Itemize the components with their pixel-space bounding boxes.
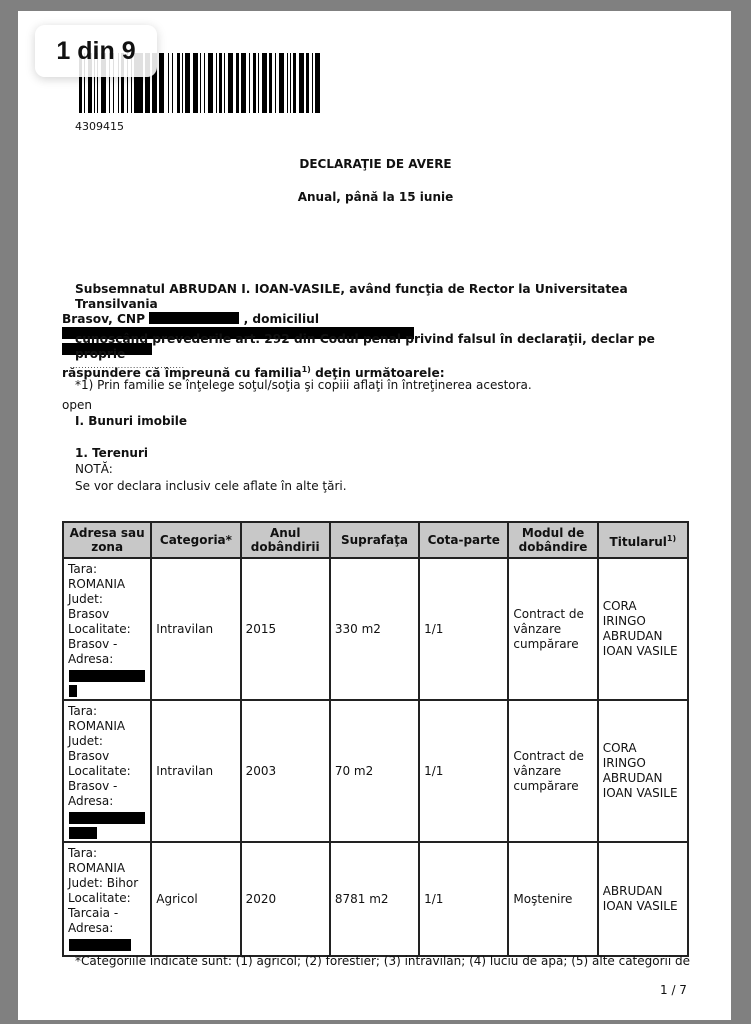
- document-subtitle: Anual, până la 15 iunie: [0, 190, 751, 204]
- redacted-address: [69, 939, 131, 951]
- cell-area: 330 m2: [330, 558, 419, 700]
- subsection-title: 1. Terenuri: [75, 446, 148, 461]
- intro-cnp-label: Brasov, CNP: [62, 312, 145, 326]
- declaration-paragraph: cunoscând prevederile art. 292 din Codul…: [62, 332, 672, 381]
- declaration-line-1: cunoscând prevederile art. 292 din Codul…: [62, 332, 672, 362]
- cell-share: 1/1: [419, 842, 508, 956]
- cell-address: Tara:ROMANIAJudet: BrasovLocalitate:Bras…: [63, 700, 151, 842]
- cell-holder: ABRUDANIOAN VASILE: [598, 842, 688, 956]
- cell-address: Tara:ROMANIAJudet: BrasovLocalitate:Bras…: [63, 558, 151, 700]
- cell-share: 1/1: [419, 558, 508, 700]
- col-header-share: Cota-parte: [419, 522, 508, 558]
- cell-share: 1/1: [419, 700, 508, 842]
- redacted-address: [69, 670, 145, 682]
- redacted-address: [69, 812, 145, 824]
- intro-line-1: Subsemnatul ABRUDAN I. IOAN-VASILE, avân…: [62, 282, 672, 312]
- col-header-holder: Titularul1): [598, 522, 688, 558]
- open-word: open: [62, 398, 92, 413]
- page-count-badge: 1 din 9: [35, 25, 157, 77]
- redacted-address: [69, 685, 77, 697]
- cell-category: Intravilan: [151, 700, 240, 842]
- table-header-row: Adresa sau zona Categoria* Anul dobândir…: [63, 522, 688, 558]
- col-header-address: Adresa sau zona: [63, 522, 151, 558]
- category-footnote: *Categoriile indicate sunt: (1) agricol;…: [75, 954, 690, 968]
- dotted-line: ....................................: [75, 361, 185, 370]
- page-number: 1 / 7: [660, 983, 687, 997]
- table-row: Tara:ROMANIAJudet: BihorLocalitate:Tarca…: [63, 842, 688, 956]
- cell-year: 2015: [241, 558, 330, 700]
- col-header-category: Categoria*: [151, 522, 240, 558]
- col-header-area: Suprafaţa: [330, 522, 419, 558]
- redacted-cnp: [149, 312, 239, 324]
- section-title: I. Bunuri imobile: [75, 414, 187, 429]
- cell-area: 8781 m2: [330, 842, 419, 956]
- document-title: DECLARAŢIE DE AVERE: [0, 157, 751, 171]
- cell-mode: Contract de vânzare cumpărare: [508, 700, 597, 842]
- intro-domicile-label: , domiciliul: [244, 312, 319, 326]
- cell-mode: Moştenire: [508, 842, 597, 956]
- cell-year: 2020: [241, 842, 330, 956]
- cell-holder: CORAIRINGOABRUDANIOAN VASILE: [598, 558, 688, 700]
- table-row: Tara:ROMANIAJudet: BrasovLocalitate:Bras…: [63, 700, 688, 842]
- redacted-address: [69, 827, 97, 839]
- col-header-mode: Modul de dobândire: [508, 522, 597, 558]
- table-row: Tara:ROMANIAJudet: BrasovLocalitate:Bras…: [63, 558, 688, 700]
- land-table: Adresa sau zona Categoria* Anul dobândir…: [62, 521, 689, 957]
- barcode-number: 4309415: [75, 120, 124, 133]
- note-label: NOTĂ:: [75, 462, 113, 477]
- cell-category: Intravilan: [151, 558, 240, 700]
- col-header-year: Anul dobândirii: [241, 522, 330, 558]
- cell-category: Agricol: [151, 842, 240, 956]
- cell-holder: CORAIRINGOABRUDANIOAN VASILE: [598, 700, 688, 842]
- cell-year: 2003: [241, 700, 330, 842]
- cell-address: Tara:ROMANIAJudet: BihorLocalitate:Tarca…: [63, 842, 151, 956]
- cell-area: 70 m2: [330, 700, 419, 842]
- family-note: *1) Prin familie se înţelege soţul/soţia…: [75, 378, 532, 393]
- footnote-ref: 1): [302, 365, 311, 374]
- cell-mode: Contract de vânzare cumpărare: [508, 558, 597, 700]
- note-text: Se vor declara inclusiv cele aflate în a…: [75, 479, 347, 494]
